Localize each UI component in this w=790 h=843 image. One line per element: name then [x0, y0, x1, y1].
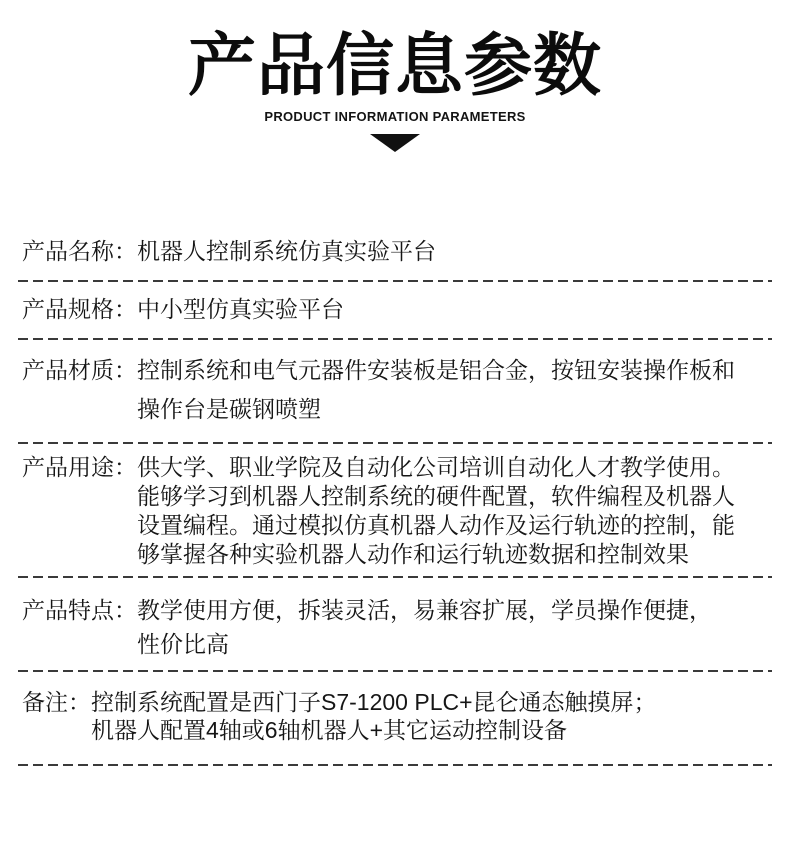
product-info-page: 产品信息参数 PRODUCT INFORMATION PARAMETERS 产品…: [0, 0, 790, 843]
row-remarks: 备注： 控制系统配置是西门子S7-1200 PLC+昆仑通态触摸屏； 机器人配置…: [18, 672, 772, 764]
row-label: 产品用途：: [22, 453, 137, 482]
page-subtitle: PRODUCT INFORMATION PARAMETERS: [0, 109, 790, 124]
row-value: 控制系统配置是西门子S7-1200 PLC+昆仑通态触摸屏； 机器人配置4轴或6…: [91, 688, 770, 744]
page-header: 产品信息参数 PRODUCT INFORMATION PARAMETERS: [0, 0, 790, 152]
row-value: 中小型仿真实验平台: [137, 293, 770, 325]
spec-list: 产品名称： 机器人控制系统仿真实验平台 产品规格： 中小型仿真实验平台 产品材质…: [0, 224, 790, 766]
row-product-spec: 产品规格： 中小型仿真实验平台: [18, 282, 772, 338]
row-product-material: 产品材质： 控制系统和电气元器件安装板是铝合金，按钮安装操作板和 操作台是碳钢喷…: [18, 340, 772, 442]
row-product-features: 产品特点： 教学使用方便，拆装灵活，易兼容扩展，学员操作便捷， 性价比高: [18, 578, 772, 670]
row-product-usage: 产品用途： 供大学、职业学院及自动化公司培训自动化人才教学使用。 能够学习到机器…: [18, 444, 772, 576]
row-label: 产品名称：: [22, 235, 137, 267]
page-title: 产品信息参数: [0, 28, 790, 104]
dashed-divider: [18, 764, 772, 766]
row-value: 供大学、职业学院及自动化公司培训自动化人才教学使用。 能够学习到机器人控制系统的…: [137, 453, 770, 569]
row-label: 产品规格：: [22, 293, 137, 325]
row-label: 产品特点：: [22, 593, 137, 627]
row-label: 备注：: [22, 688, 91, 716]
row-value: 教学使用方便，拆装灵活，易兼容扩展，学员操作便捷， 性价比高: [137, 593, 770, 661]
down-triangle-icon: [370, 134, 420, 152]
row-product-name: 产品名称： 机器人控制系统仿真实验平台: [18, 224, 772, 280]
row-value: 控制系统和电气元器件安装板是铝合金，按钮安装操作板和 操作台是碳钢喷塑: [137, 351, 770, 429]
row-value: 机器人控制系统仿真实验平台: [137, 235, 770, 267]
row-label: 产品材质：: [22, 351, 137, 390]
